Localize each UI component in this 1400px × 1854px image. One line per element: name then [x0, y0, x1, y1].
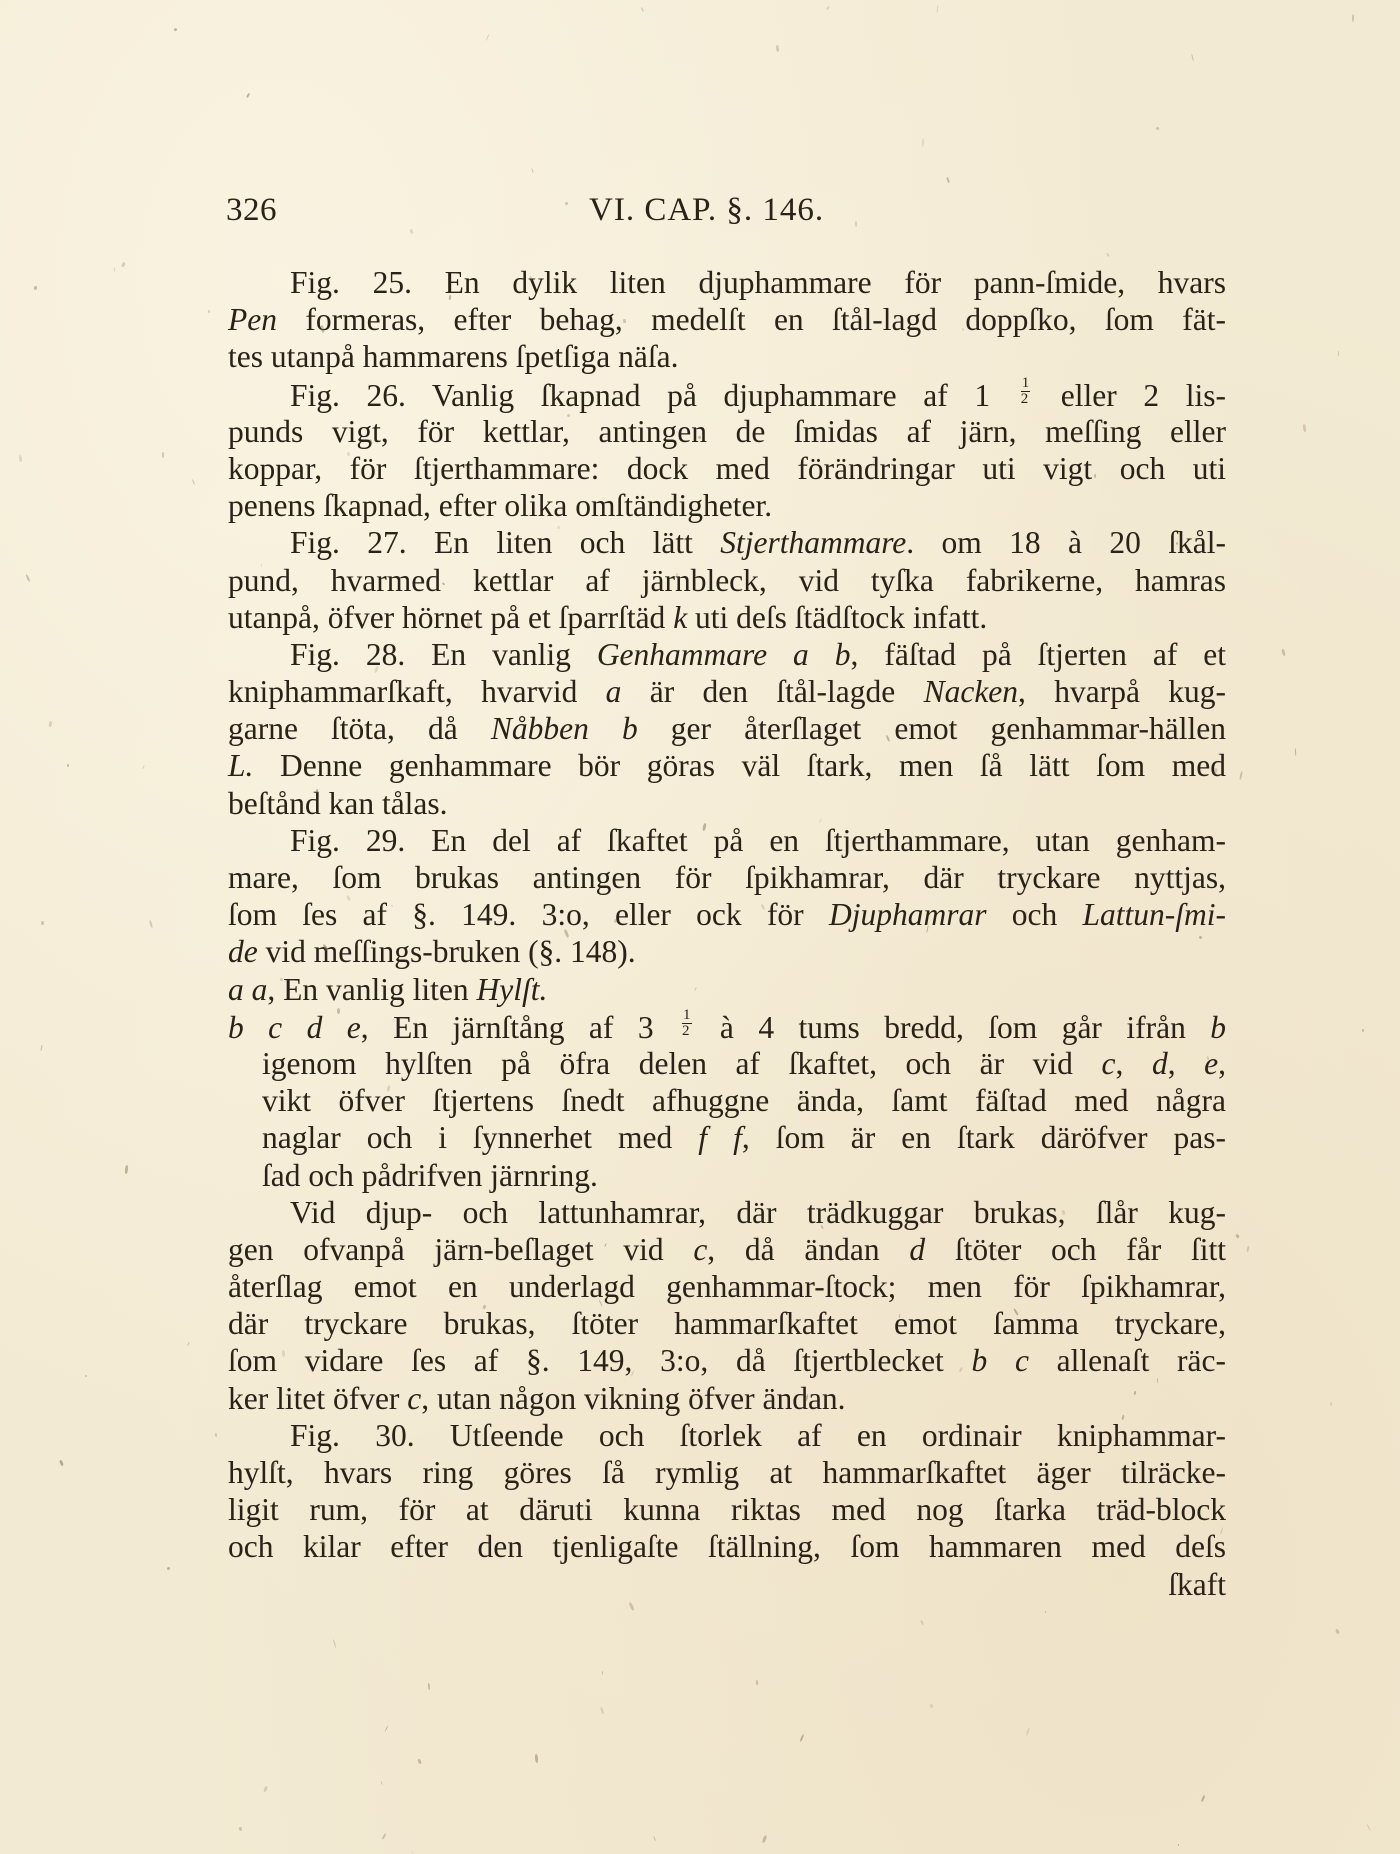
text-run: , — [1115, 1046, 1151, 1081]
running-head: 326 VI. CAP. §. 146. — [226, 192, 1226, 236]
paper-speck — [67, 764, 69, 767]
paragraph-legend-aa: a a, En vanlig liten Hylſt. — [228, 971, 1226, 1008]
text-run: allenaſt räc- — [1029, 1343, 1226, 1378]
text-line: tes utanpå hammarens ſpetſiga näſa. — [228, 338, 1226, 375]
text-run: koppar, för ſtjerthammare: dock med förä… — [228, 451, 1226, 486]
text-line: L. Denne genhammare bör göras väl ſtark,… — [228, 747, 1226, 784]
paper-speck — [920, 1620, 923, 1625]
paper-speck — [1295, 748, 1297, 756]
text-run: eller 2 lis- — [1034, 378, 1226, 413]
paper-speck — [142, 765, 145, 769]
text-run: ſad och pådrifven järnring. — [262, 1158, 598, 1193]
page-number: 326 — [226, 192, 277, 229]
paragraph-note-djup: Vid djup- och lattunhamrar, där trädkugg… — [228, 1194, 1226, 1417]
text-run: där tryckare brukas, ſtöter hammarſkafte… — [228, 1306, 1226, 1341]
paper-speck — [173, 27, 178, 31]
paper-speck — [1335, 1629, 1340, 1635]
paper-speck — [1330, 1402, 1333, 1406]
italic-term: d — [909, 1232, 925, 1267]
text-run: mare, ſom brukas antingen för ſpikhamrar… — [228, 860, 1226, 895]
paper-speck — [1178, 1844, 1180, 1846]
italic-term: Lattun-ſmi- — [1083, 897, 1227, 932]
text-line: Fig. 25. En dylik liten djuphammare för … — [228, 264, 1226, 301]
paper-speck — [531, 168, 534, 173]
paper-speck — [535, 1754, 539, 1763]
paper-speck — [641, 7, 644, 12]
paper-speck — [384, 1725, 388, 1732]
body-text: Fig. 25. En dylik liten djuphammare för … — [228, 264, 1226, 1603]
paper-speck — [922, 138, 925, 147]
text-run: , hvarpå kug- — [1018, 674, 1226, 709]
text-run: Vid djup- och lattunhamrar, där trädkugg… — [290, 1195, 1226, 1230]
paper-speck — [1235, 1233, 1240, 1238]
text-run: Fig. 27. En liten och lätt — [290, 525, 720, 560]
text-run: Denne genhammare bör göras väl ſtark, me… — [253, 748, 1226, 783]
text-line: där tryckare brukas, ſtöter hammarſkafte… — [228, 1305, 1226, 1342]
text-run: tes utanpå hammarens ſpetſiga näſa. — [228, 339, 678, 374]
text-line: Fig. 30. Utſeende och ſtorlek af en ordi… — [228, 1417, 1226, 1454]
italic-term: a — [606, 674, 622, 709]
text-line: penens ſkapnad, efter olika omſtändighet… — [228, 487, 1226, 524]
text-line: kniphammarſkaft, hvarvid a är den ſtål-l… — [228, 673, 1226, 710]
paper-speck — [167, 1567, 171, 1571]
italic-term: Djuphamrar — [829, 897, 987, 932]
paragraph-fig28: Fig. 28. En vanlig Genhammare a b, fäſta… — [228, 636, 1226, 822]
text-line: punds vigt, för kettlar, antingen de ſmi… — [228, 413, 1226, 450]
paper-speck — [600, 1707, 604, 1714]
text-run: utanpå, öfver hörnet på et ſparrſtäd — [228, 600, 673, 635]
text-run: , En vanlig liten — [267, 972, 476, 1007]
paper-speck — [246, 93, 251, 99]
text-run: , då ändan — [707, 1232, 909, 1267]
text-run: Fig. 28. En vanlig — [290, 637, 597, 672]
paper-speck — [1338, 351, 1340, 356]
paper-speck — [1199, 936, 1202, 939]
paper-speck — [282, 1350, 285, 1357]
paper-speck — [565, 202, 568, 205]
text-run: pund, hvarmed kettlar af järnbleck, vid … — [228, 563, 1226, 598]
paragraph-fig27: Fig. 27. En liten och lätt Stjerthammare… — [228, 524, 1226, 636]
paper-speck — [333, 1639, 336, 1647]
italic-term: e — [1204, 1046, 1218, 1081]
text-run: är den ſtål-lagde — [621, 674, 923, 709]
text-line: återſlag emot en underlagd genhammar-ſto… — [228, 1268, 1226, 1305]
italic-term: c — [1101, 1046, 1115, 1081]
paper-speck — [623, 319, 626, 323]
paper-speck — [1201, 1795, 1205, 1802]
text-line: igenom hylſten på öfra delen af ſkaftet,… — [228, 1045, 1226, 1082]
text-line: b c d e, En järnſtång af 3 12 à 4 tums b… — [228, 1008, 1226, 1045]
paragraph-fig25: Fig. 25. En dylik liten djuphammare för … — [228, 264, 1226, 376]
paper-speck — [653, 1836, 656, 1841]
text-line: Fig. 27. En liten och lätt Stjerthammare… — [228, 524, 1226, 561]
text-run: penens ſkapnad, efter olika omſtändighet… — [228, 488, 772, 523]
chapter-section-heading: VI. CAP. §. 146. — [589, 192, 824, 229]
paper-speck — [1352, 14, 1355, 22]
italic-term: Stjerthammare — [720, 525, 906, 560]
text-run: , fäſtad på ſtjerten af et — [851, 637, 1226, 672]
text-run: hylſt, hvars ring göres ſå rymlig at ham… — [228, 1455, 1226, 1490]
italic-term: Pen — [228, 302, 277, 337]
paper-speck — [192, 479, 195, 485]
fraction: 12 — [1021, 376, 1031, 407]
paper-speck — [1191, 54, 1194, 61]
text-line: Vid djup- och lattunhamrar, där trädkugg… — [228, 1194, 1226, 1231]
paper-speck — [187, 1342, 190, 1346]
paper-speck — [162, 452, 164, 458]
paper-speck — [756, 1680, 758, 1685]
paper-speck — [18, 455, 22, 462]
text-run: kniphammarſkaft, hvarvid — [228, 674, 606, 709]
paper-speck — [1367, 1824, 1371, 1830]
paper-speck — [1246, 1246, 1249, 1252]
text-run: Fig. 29. En del af ſkaftet på en ſtjerth… — [290, 823, 1226, 858]
text-run: naglar och i ſynnerhet med — [262, 1120, 698, 1155]
text-line: gen ofvanpå järn-beſlaget vid c, då ända… — [228, 1231, 1226, 1268]
text-line: pund, hvarmed kettlar af järnbleck, vid … — [228, 562, 1226, 599]
paper-speck — [929, 1704, 933, 1709]
text-line: ſom vidare ſes af §. 149, 3:o, då ſtjert… — [228, 1342, 1226, 1379]
text-run: återſlag emot en underlagd genhammar-ſto… — [228, 1269, 1226, 1304]
text-line: ſom ſes af §. 149. 3:o, eller ock för Dj… — [228, 896, 1226, 933]
text-line: a a, En vanlig liten Hylſt. — [228, 971, 1226, 1008]
italic-term: c — [407, 1381, 421, 1416]
paper-speck — [1026, 1727, 1031, 1736]
paper-speck — [380, 1781, 382, 1785]
text-run: formeras, efter behag, medelſt en ſtål-l… — [277, 302, 1226, 337]
paper-speck — [826, 6, 830, 10]
italic-term: Nacken — [924, 674, 1018, 709]
text-run: uti deſs ſtädſtock infatt. — [687, 600, 987, 635]
text-line: ligit rum, för at däruti kunna riktas me… — [228, 1491, 1226, 1528]
paper-speck — [937, 5, 939, 13]
text-line: ker litet öfver c, utan någon vikning öf… — [228, 1380, 1226, 1417]
paper-speck — [1281, 649, 1286, 657]
italic-term: a a — [228, 972, 267, 1007]
paper-speck — [263, 1786, 268, 1793]
text-run: punds vigt, för kettlar, antingen de ſmi… — [228, 414, 1226, 449]
text-run: beſtånd kan tålas. — [228, 786, 448, 821]
paragraph-fig26: Fig. 26. Vanlig ſkapnad på djuphammare a… — [228, 376, 1226, 525]
text-run: , En järnſtång af 3 — [361, 1010, 678, 1045]
italic-term: Genhammare a b — [597, 637, 851, 672]
text-run: igenom hylſten på öfra delen af ſkaftet,… — [262, 1046, 1101, 1081]
text-run: Fig. 26. Vanlig ſkapnad på djuphammare a… — [290, 378, 1017, 413]
text-run: ſom vidare ſes af §. 149, 3:o, då ſtjert… — [228, 1343, 972, 1378]
paragraph-fig30: Fig. 30. Utſeende och ſtorlek af en ordi… — [228, 1417, 1226, 1566]
text-run: ker litet öfver — [228, 1381, 407, 1416]
paper-speck — [800, 1734, 805, 1742]
paragraph-legend-bcde: b c d e, En järnſtång af 3 12 à 4 tums b… — [228, 1008, 1226, 1194]
paper-speck — [486, 34, 490, 41]
paper-speck — [337, 1008, 340, 1014]
paper-speck — [49, 721, 53, 727]
paper-speck — [1239, 771, 1243, 780]
paper-speck — [1362, 1029, 1364, 1032]
text-run: Fig. 25. En dylik liten djuphammare för … — [290, 265, 1226, 300]
paper-speck — [149, 920, 153, 928]
text-line: Fig. 26. Vanlig ſkapnad på djuphammare a… — [228, 376, 1226, 413]
text-line: beſtånd kan tålas. — [228, 785, 1226, 822]
paper-speck — [1094, 474, 1096, 478]
paper-speck — [239, 1827, 243, 1832]
paper-speck — [628, 1602, 634, 1611]
text-run: , — [1168, 1046, 1204, 1081]
paper-speck — [121, 262, 125, 267]
fraction: 12 — [682, 1008, 692, 1039]
text-line: och kilar efter den tjenligaſte ſtällnin… — [228, 1528, 1226, 1565]
text-run: à 4 tums bredd, ſom går ifrån — [696, 1010, 1211, 1045]
paper-speck — [762, 1835, 768, 1844]
text-line: vikt öfver ſtjertens ſnedt afhuggne ända… — [228, 1082, 1226, 1119]
italic-term: Hylſt. — [476, 972, 547, 1007]
text-run: , ſom är en ſtark däröfver pas- — [742, 1120, 1226, 1155]
book-page: 326 VI. CAP. §. 146. Fig. 25. En dylik l… — [0, 0, 1400, 1854]
text-line: koppar, för ſtjerthammare: dock med förä… — [228, 450, 1226, 487]
paper-speck — [962, 328, 965, 331]
text-line: ſad och pådrifven järnring. — [228, 1157, 1226, 1194]
text-run: ſom ſes af §. 149. 3:o, eller ock för — [228, 897, 829, 932]
paper-speck — [59, 1460, 64, 1467]
paper-speck — [855, 221, 857, 227]
text-line: de vid meſſings-bruken (§. 148). — [228, 933, 1226, 970]
text-run: . om 18 à 20 ſkål- — [906, 525, 1226, 560]
text-run: gen ofvanpå järn-beſlaget vid — [228, 1232, 693, 1267]
text-line: mare, ſom brukas antingen för ſpikhamrar… — [228, 859, 1226, 896]
paper-speck — [946, 177, 950, 183]
paper-speck — [25, 574, 31, 583]
text-line: Pen formeras, efter behag, medelſt en ſt… — [228, 301, 1226, 338]
paper-speck — [215, 1433, 218, 1438]
paper-speck — [125, 1165, 128, 1174]
paper-speck — [1106, 253, 1109, 257]
paper-speck — [557, 526, 560, 529]
paper-speck — [114, 267, 116, 272]
italic-term: b c — [972, 1343, 1029, 1378]
paper-speck — [1303, 424, 1307, 432]
paper-speck — [381, 1833, 386, 1840]
paper-speck — [602, 1671, 603, 1675]
text-run: ligit rum, för at däruti kunna riktas me… — [228, 1492, 1226, 1527]
catchword: ſkaft — [228, 1566, 1226, 1603]
italic-term: b — [1210, 1010, 1226, 1045]
paper-speck — [34, 286, 38, 290]
paper-speck — [776, 45, 780, 52]
text-line: hylſt, hvars ring göres ſå rymlig at ham… — [228, 1454, 1226, 1491]
paper-speck — [40, 1045, 42, 1051]
text-run: ſtöter och får ſitt — [925, 1232, 1226, 1267]
italic-term: c — [693, 1232, 707, 1267]
paper-speck — [428, 1683, 430, 1690]
text-run: vikt öfver ſtjertens ſnedt afhuggne ända… — [262, 1083, 1226, 1118]
paper-speck — [208, 310, 210, 313]
text-run: , — [1218, 1046, 1226, 1081]
paragraph-fig29: Fig. 29. En del af ſkaftet på en ſtjerth… — [228, 822, 1226, 971]
text-run: garne ſtöta, då — [228, 711, 491, 746]
text-run: ger återſlaget emot genhammar-hällen — [638, 711, 1226, 746]
italic-term: d — [1152, 1046, 1168, 1081]
text-run: och kilar efter den tjenligaſte ſtällnin… — [228, 1529, 1226, 1564]
paper-speck — [1156, 126, 1160, 130]
paper-speck — [1045, 1611, 1047, 1613]
text-line: Fig. 29. En del af ſkaftet på en ſtjerth… — [228, 822, 1226, 859]
paper-speck — [85, 1375, 87, 1377]
text-run: Fig. 30. Utſeende och ſtorlek af en ordi… — [290, 1418, 1226, 1453]
italic-term: Nåbben b — [491, 711, 638, 746]
italic-term: L. — [228, 748, 253, 783]
text-line: garne ſtöta, då Nåbben b ger återſlaget … — [228, 710, 1226, 747]
italic-term: f f — [698, 1120, 742, 1155]
italic-term: b c d e — [228, 1010, 361, 1045]
text-run: och — [986, 897, 1082, 932]
paper-speck — [417, 1759, 421, 1764]
text-line: utanpå, öfver hörnet på et ſparrſtäd k u… — [228, 599, 1226, 636]
italic-term: de — [228, 934, 258, 969]
text-run: vid meſſings-bruken (§. 148). — [258, 934, 636, 969]
italic-term: k — [673, 600, 687, 635]
text-run: , utan någon vikning öfver ändan. — [421, 1381, 845, 1416]
paper-speck — [41, 921, 44, 925]
text-line: naglar och i ſynnerhet med f f, ſom är e… — [228, 1119, 1226, 1156]
